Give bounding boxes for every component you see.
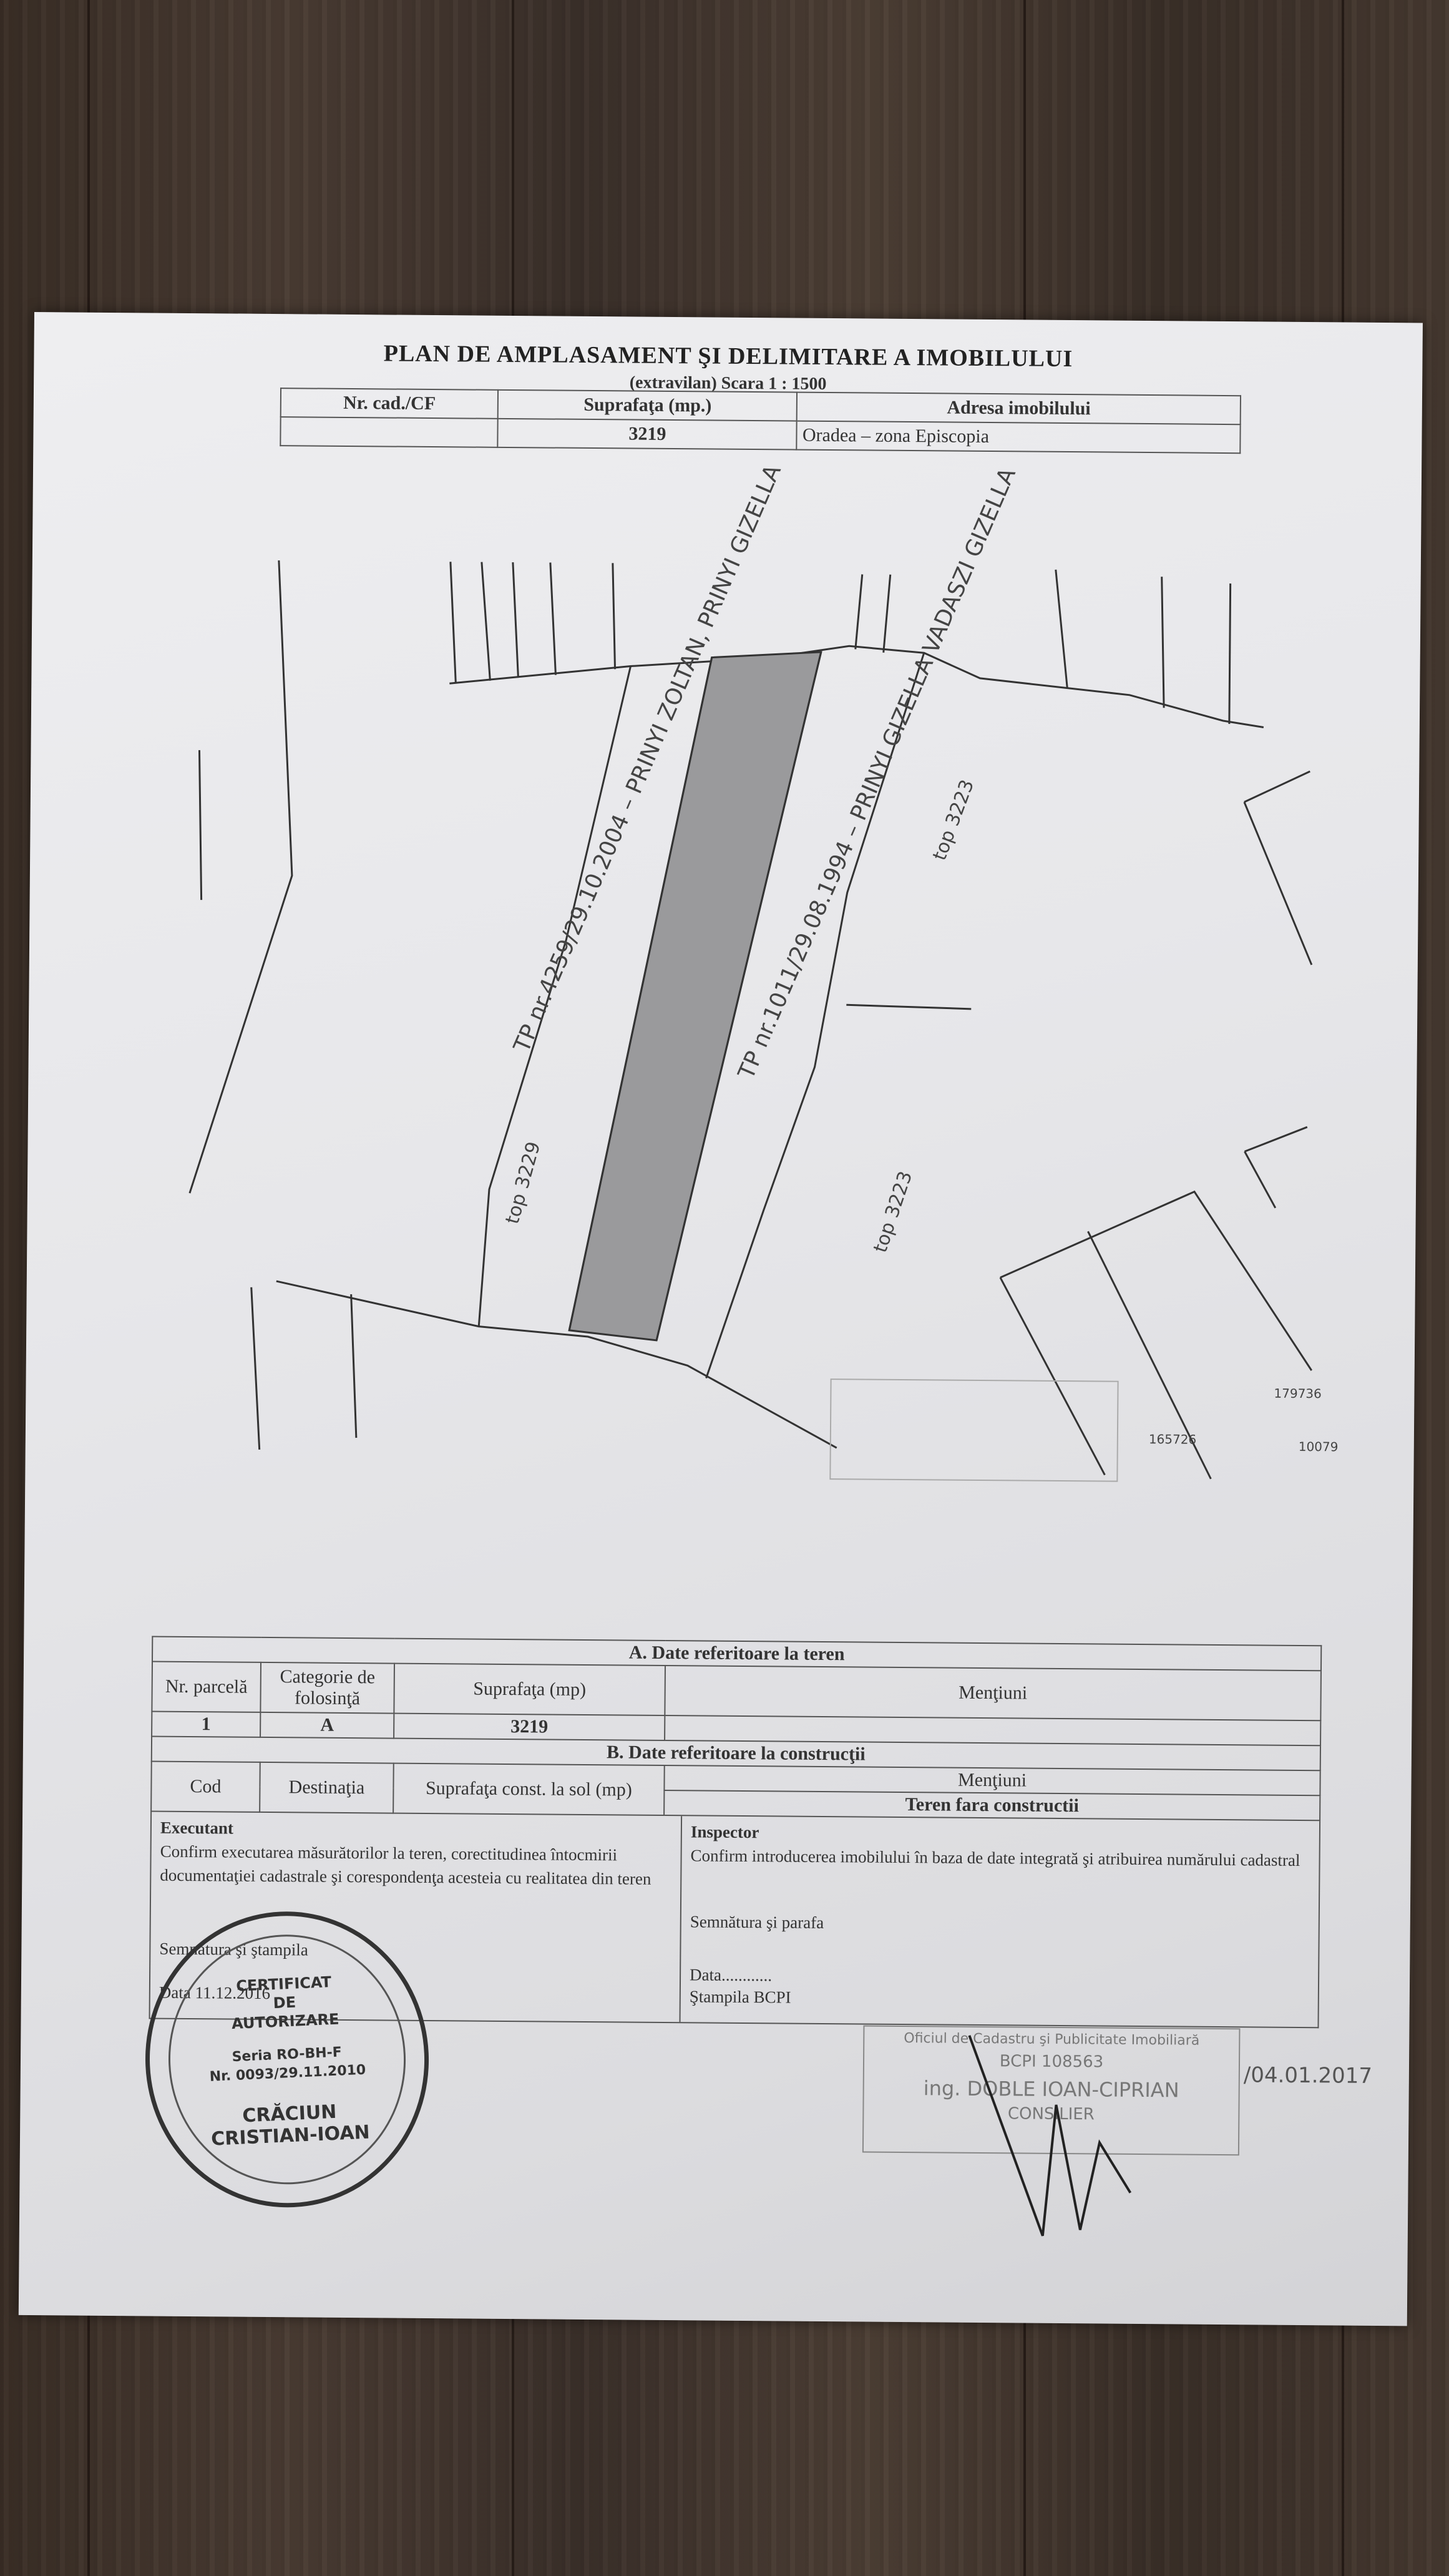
executant-text: Confirm executarea măsurătorilor la tere… (160, 1840, 672, 1891)
signature-scribble (955, 2029, 1144, 2255)
inspector-block: Inspector Confirm introducerea imobilulu… (681, 1816, 1320, 2027)
col-destinatia: Destinaţia (260, 1762, 394, 1813)
cell-categorie: A (260, 1712, 394, 1739)
col-cod: Cod (151, 1762, 260, 1812)
inspector-text: Confirm introducerea imobilului în baza … (690, 1843, 1310, 1872)
cell-suprafata: 3219 (394, 1714, 665, 1740)
executant-heading: Executant (160, 1816, 672, 1843)
map-lot-number: 179736 (1274, 1386, 1322, 1402)
inspector-signature-label: Semnătura şi parafa (690, 1910, 824, 1934)
col-nr-parcela: Nr. parcelă (152, 1662, 261, 1712)
section-a-table: A. Date referitoare la teren Nr. parcelă… (150, 1636, 1322, 1822)
cell-nr-parcela: 1 (152, 1712, 260, 1737)
inspector-stamp-label: Ştampila BCPI (690, 1984, 791, 2009)
map-lot-number: 165726 (1149, 1432, 1197, 1447)
map-lot-number: 10079 (1299, 1439, 1339, 1454)
site-plan-map (24, 312, 1423, 1633)
inspector-date: Data............ (690, 1963, 772, 1987)
handwritten-date: /04.01.2017 (1244, 2062, 1372, 2089)
col-suprafata: Suprafaţa (mp) (394, 1664, 665, 1715)
col-suprafata-const: Suprafaţa const. la sol (mp) (393, 1764, 665, 1815)
note-teren-fara-constructii: Teren fara constructii (664, 1790, 1320, 1820)
col-mentiuni: Menţiuni (665, 1666, 1321, 1720)
cadastral-document: PLAN DE AMPLASAMENT ŞI DELIMITARE A IMOB… (19, 312, 1423, 2326)
col-categorie: Categorie de folosinţă (260, 1662, 394, 1714)
